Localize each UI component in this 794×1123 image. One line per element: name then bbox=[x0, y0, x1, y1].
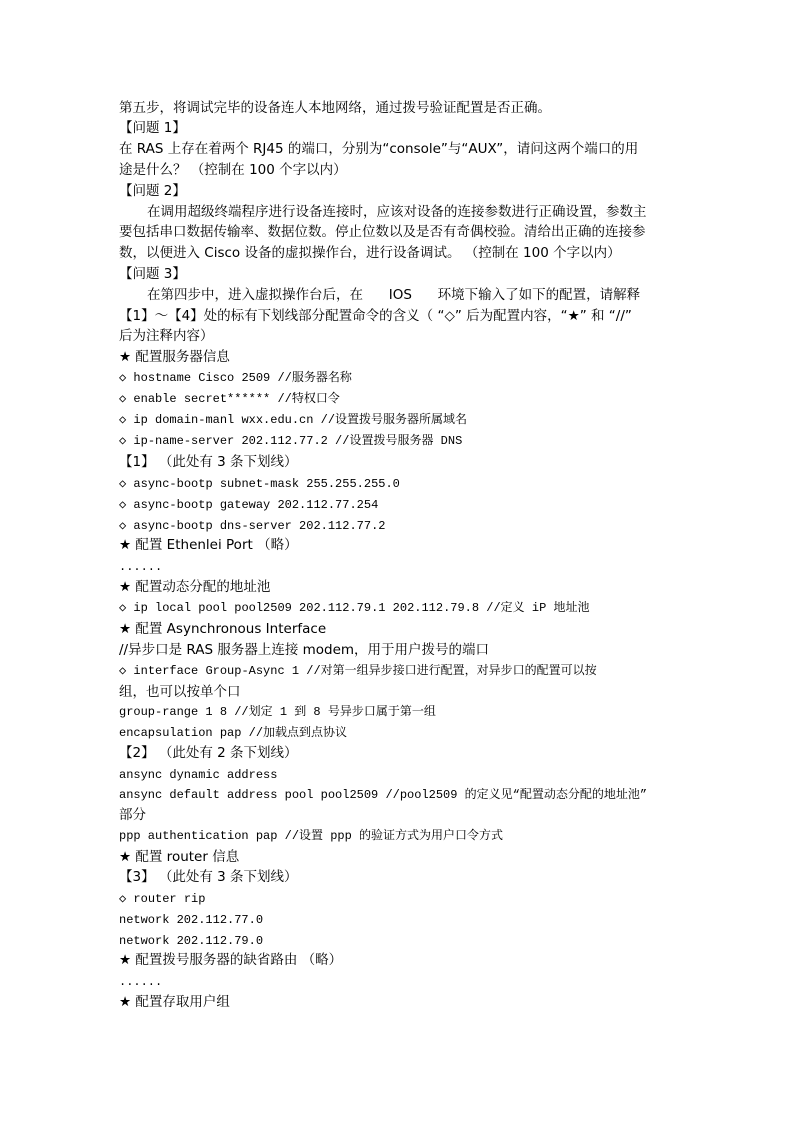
question-3-heading: 【问题 3】 bbox=[119, 264, 679, 284]
config-line-interface-cont: 组，也可以按单个口 bbox=[119, 682, 679, 702]
config-line-router-rip: ◇ router rip bbox=[119, 889, 679, 909]
config-line-dynamic-address: ansync dynamic address bbox=[119, 765, 679, 785]
ellipsis-2: ...... bbox=[119, 972, 679, 992]
section-router-info: ★ 配置 router 信息 bbox=[119, 847, 679, 867]
config-line-hostname: ◇ hostname Cisco 2509 //服务器名称 bbox=[119, 368, 679, 388]
config-line-interface: ◇ interface Group-Async 1 //对第一组异步接口进行配置… bbox=[119, 661, 679, 681]
comment-async-port: //异步口是 RAS 服务器上连接 modem，用于用户拨号的端口 bbox=[119, 640, 679, 660]
config-line-encapsulation: encapsulation pap //加载点到点协议 bbox=[119, 723, 679, 743]
question-1-text: 在 RAS 上存在着两个 RJ45 的端口，分别为“console”与“AUX”… bbox=[119, 139, 679, 159]
question-2-text: 在调用超级终端程序进行设备连接时，应该对设备的连接参数进行正确设置，参数主 bbox=[119, 202, 707, 222]
section-server-info: ★ 配置服务器信息 bbox=[119, 347, 679, 367]
config-line-domain: ◇ ip domain-manl wxx.edu.cn //设置拨号服务器所属域… bbox=[119, 410, 679, 430]
question-1-text-cont: 途是什么？ （控制在 100 个字以内） bbox=[119, 160, 679, 180]
section-address-pool: ★ 配置动态分配的地址池 bbox=[119, 577, 679, 597]
document-page: 第五步，将调试完毕的设备连人本地网络，通过拨号验证配置是否正确。 【问题 1】 … bbox=[0, 0, 794, 1123]
question-2-text-end: 数，以便进入 Cisco 设备的虚拟操作台，进行设备调试。 （控制在 100 个… bbox=[119, 243, 679, 263]
config-line-default-pool-cont: 部分 bbox=[119, 805, 679, 825]
config-line-group-range: group-range 1 8 //划定 1 到 8 号异步口属于第一组 bbox=[119, 702, 679, 722]
question-3-text-cont: 【1】～【4】处的标有下划线部分配置命令的含义（ “◇” 后为配置内容，“★” … bbox=[119, 306, 679, 326]
question-3-text: 在第四步中，进入虚拟操作台后，在 IOS 环境下输入了如下的配置，请解释 bbox=[119, 285, 707, 305]
config-line-default-pool: ansync default address pool pool2509 //p… bbox=[119, 785, 679, 805]
question-2-text-cont: 要包括串口数据传输率、数据位数。停止位数以及是否有奇偶校验。清给出正确的连接参 bbox=[119, 222, 679, 242]
config-line-ppp-auth: ppp authentication pap //设置 ppp 的验证方式为用户… bbox=[119, 826, 679, 846]
config-line-name-server: ◇ ip-name-server 202.112.77.2 //设置拨号服务器 … bbox=[119, 431, 679, 451]
step-five-text: 第五步，将调试完毕的设备连人本地网络，通过拨号验证配置是否正确。 bbox=[119, 98, 679, 118]
blank-1-label: 【1】 （此处有 3 条下划线） bbox=[119, 452, 679, 472]
config-line-network-79: network 202.112.79.0 bbox=[119, 931, 679, 951]
config-line-enable-secret: ◇ enable secret****** //特权口令 bbox=[119, 389, 679, 409]
section-ethernet-port: ★ 配置 Ethenlei Port （略） bbox=[119, 535, 679, 555]
config-line-gateway: ◇ async-bootp gateway 202.112.77.254 bbox=[119, 495, 679, 515]
config-line-dns-server: ◇ async-bootp dns-server 202.112.77.2 bbox=[119, 516, 679, 536]
section-user-group: ★ 配置存取用户组 bbox=[119, 992, 679, 1012]
blank-3-label: 【3】 （此处有 3 条下划线） bbox=[119, 867, 679, 887]
section-async-interface: ★ 配置 Asynchronous Interface bbox=[119, 619, 679, 639]
ellipsis-1: ...... bbox=[119, 557, 679, 577]
config-line-network-77: network 202.112.77.0 bbox=[119, 910, 679, 930]
section-default-route: ★ 配置拨号服务器的缺省路由 （略） bbox=[119, 950, 679, 970]
blank-2-label: 【2】 （此处有 2 条下划线） bbox=[119, 743, 679, 763]
question-1-heading: 【问题 1】 bbox=[119, 118, 679, 138]
question-3-text-end: 后为注释内容） bbox=[119, 326, 679, 346]
config-line-ip-pool: ◇ ip local pool pool2509 202.112.79.1 20… bbox=[119, 598, 679, 618]
config-line-subnet-mask: ◇ async-bootp subnet-mask 255.255.255.0 bbox=[119, 474, 679, 494]
question-2-heading: 【问题 2】 bbox=[119, 181, 679, 201]
